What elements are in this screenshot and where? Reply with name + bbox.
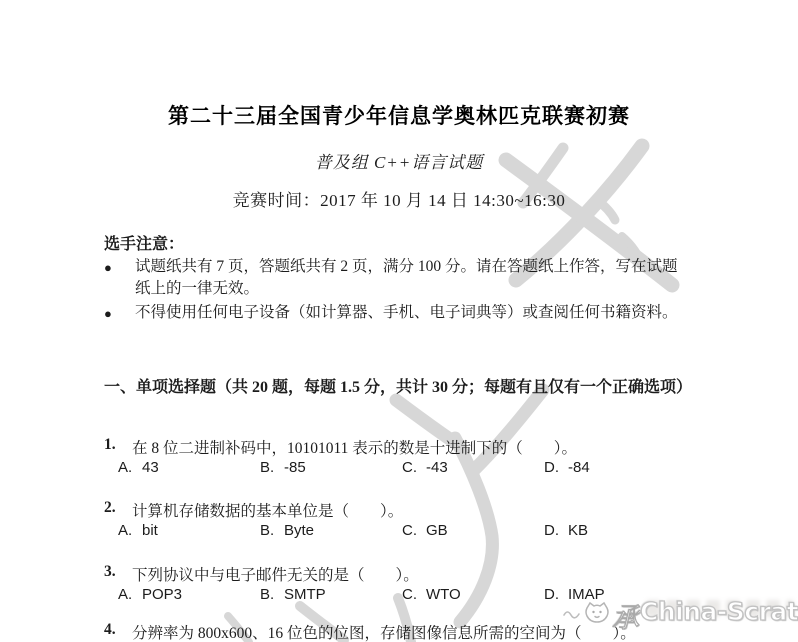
question-2: 2. 计算机存储数据的基本单位是（ ）。 [104, 499, 689, 521]
page-title: 第二十三届全国青少年信息学奥林匹克联赛初赛 [0, 100, 798, 130]
option-a: A.43 [104, 459, 246, 476]
notice-list: ● 试题纸共有 7 页，答题纸共有 2 页，满分 100 分。请在答题纸上作答，… [104, 256, 686, 327]
exam-paper-page: { "header": { "title": "第二十三届全国青少年信息学奥林匹… [0, 0, 798, 642]
question-text: 计算机存储数据的基本单位是（ ）。 [132, 499, 689, 521]
option-b: B.-85 [246, 459, 388, 476]
bullet-icon: ● [104, 302, 135, 325]
squiggle-icon [562, 606, 582, 620]
notice-item-text: 不得使用任何电子设备（如计算器、手机、电子词典等）或查阅任何书籍资料。 [135, 302, 686, 325]
section-heading: 一、单项选择题（共 20 题，每题 1.5 分，共计 30 分；每题有且仅有一个… [104, 376, 686, 400]
cat-face-icon [582, 598, 612, 628]
brand-watermark: 承 China-Scratch [560, 592, 798, 636]
question-number: 2. [104, 499, 132, 521]
question-text: 下列协议中与电子邮件无关的是（ ）。 [132, 563, 689, 585]
question-number: 4. [104, 621, 132, 642]
notice-heading: 选手注意： [104, 231, 184, 254]
question-1-options: A.43 B.-85 C.-43 D.-84 [104, 459, 744, 476]
option-c: C.-43 [388, 459, 530, 476]
question-1: 1. 在 8 位二进制补码中，10101011 表示的数是十进制下的（ ）。 [104, 436, 689, 458]
question-number: 1. [104, 436, 132, 458]
document-content: 第二十三届全国青少年信息学奥林匹克联赛初赛 普及组 C++语言试题 竞赛时间：2… [0, 0, 798, 642]
option-a: A.bit [104, 522, 246, 539]
notice-item-text: 试题纸共有 7 页，答题纸共有 2 页，满分 100 分。请在答题纸上作答，写在… [135, 256, 686, 300]
question-3: 3. 下列协议中与电子邮件无关的是（ ）。 [104, 563, 689, 585]
option-a: A.POP3 [104, 586, 246, 603]
question-text: 在 8 位二进制补码中，10101011 表示的数是十进制下的（ ）。 [132, 436, 689, 458]
option-d: D.-84 [530, 459, 672, 476]
bullet-icon: ● [104, 256, 135, 300]
contest-time: 竞赛时间：2017 年 10 月 14 日 14:30~16:30 [0, 186, 798, 211]
option-b: B.SMTP [246, 586, 388, 603]
brand-watermark-text: China-Scratch [640, 597, 798, 626]
option-c: C.GB [388, 522, 530, 539]
notice-item: ● 试题纸共有 7 页，答题纸共有 2 页，满分 100 分。请在答题纸上作答，… [104, 256, 686, 300]
question-number: 3. [104, 563, 132, 585]
notice-item: ● 不得使用任何电子设备（如计算器、手机、电子词典等）或查阅任何书籍资料。 [104, 302, 686, 325]
brand-prefix-character: 承 [612, 596, 639, 635]
option-b: B.Byte [246, 522, 388, 539]
option-c: C.WTO [388, 586, 530, 603]
question-2-options: A.bit B.Byte C.GB D.KB [104, 522, 744, 539]
option-d: D.KB [530, 522, 672, 539]
page-subtitle: 普及组 C++语言试题 [0, 148, 798, 173]
